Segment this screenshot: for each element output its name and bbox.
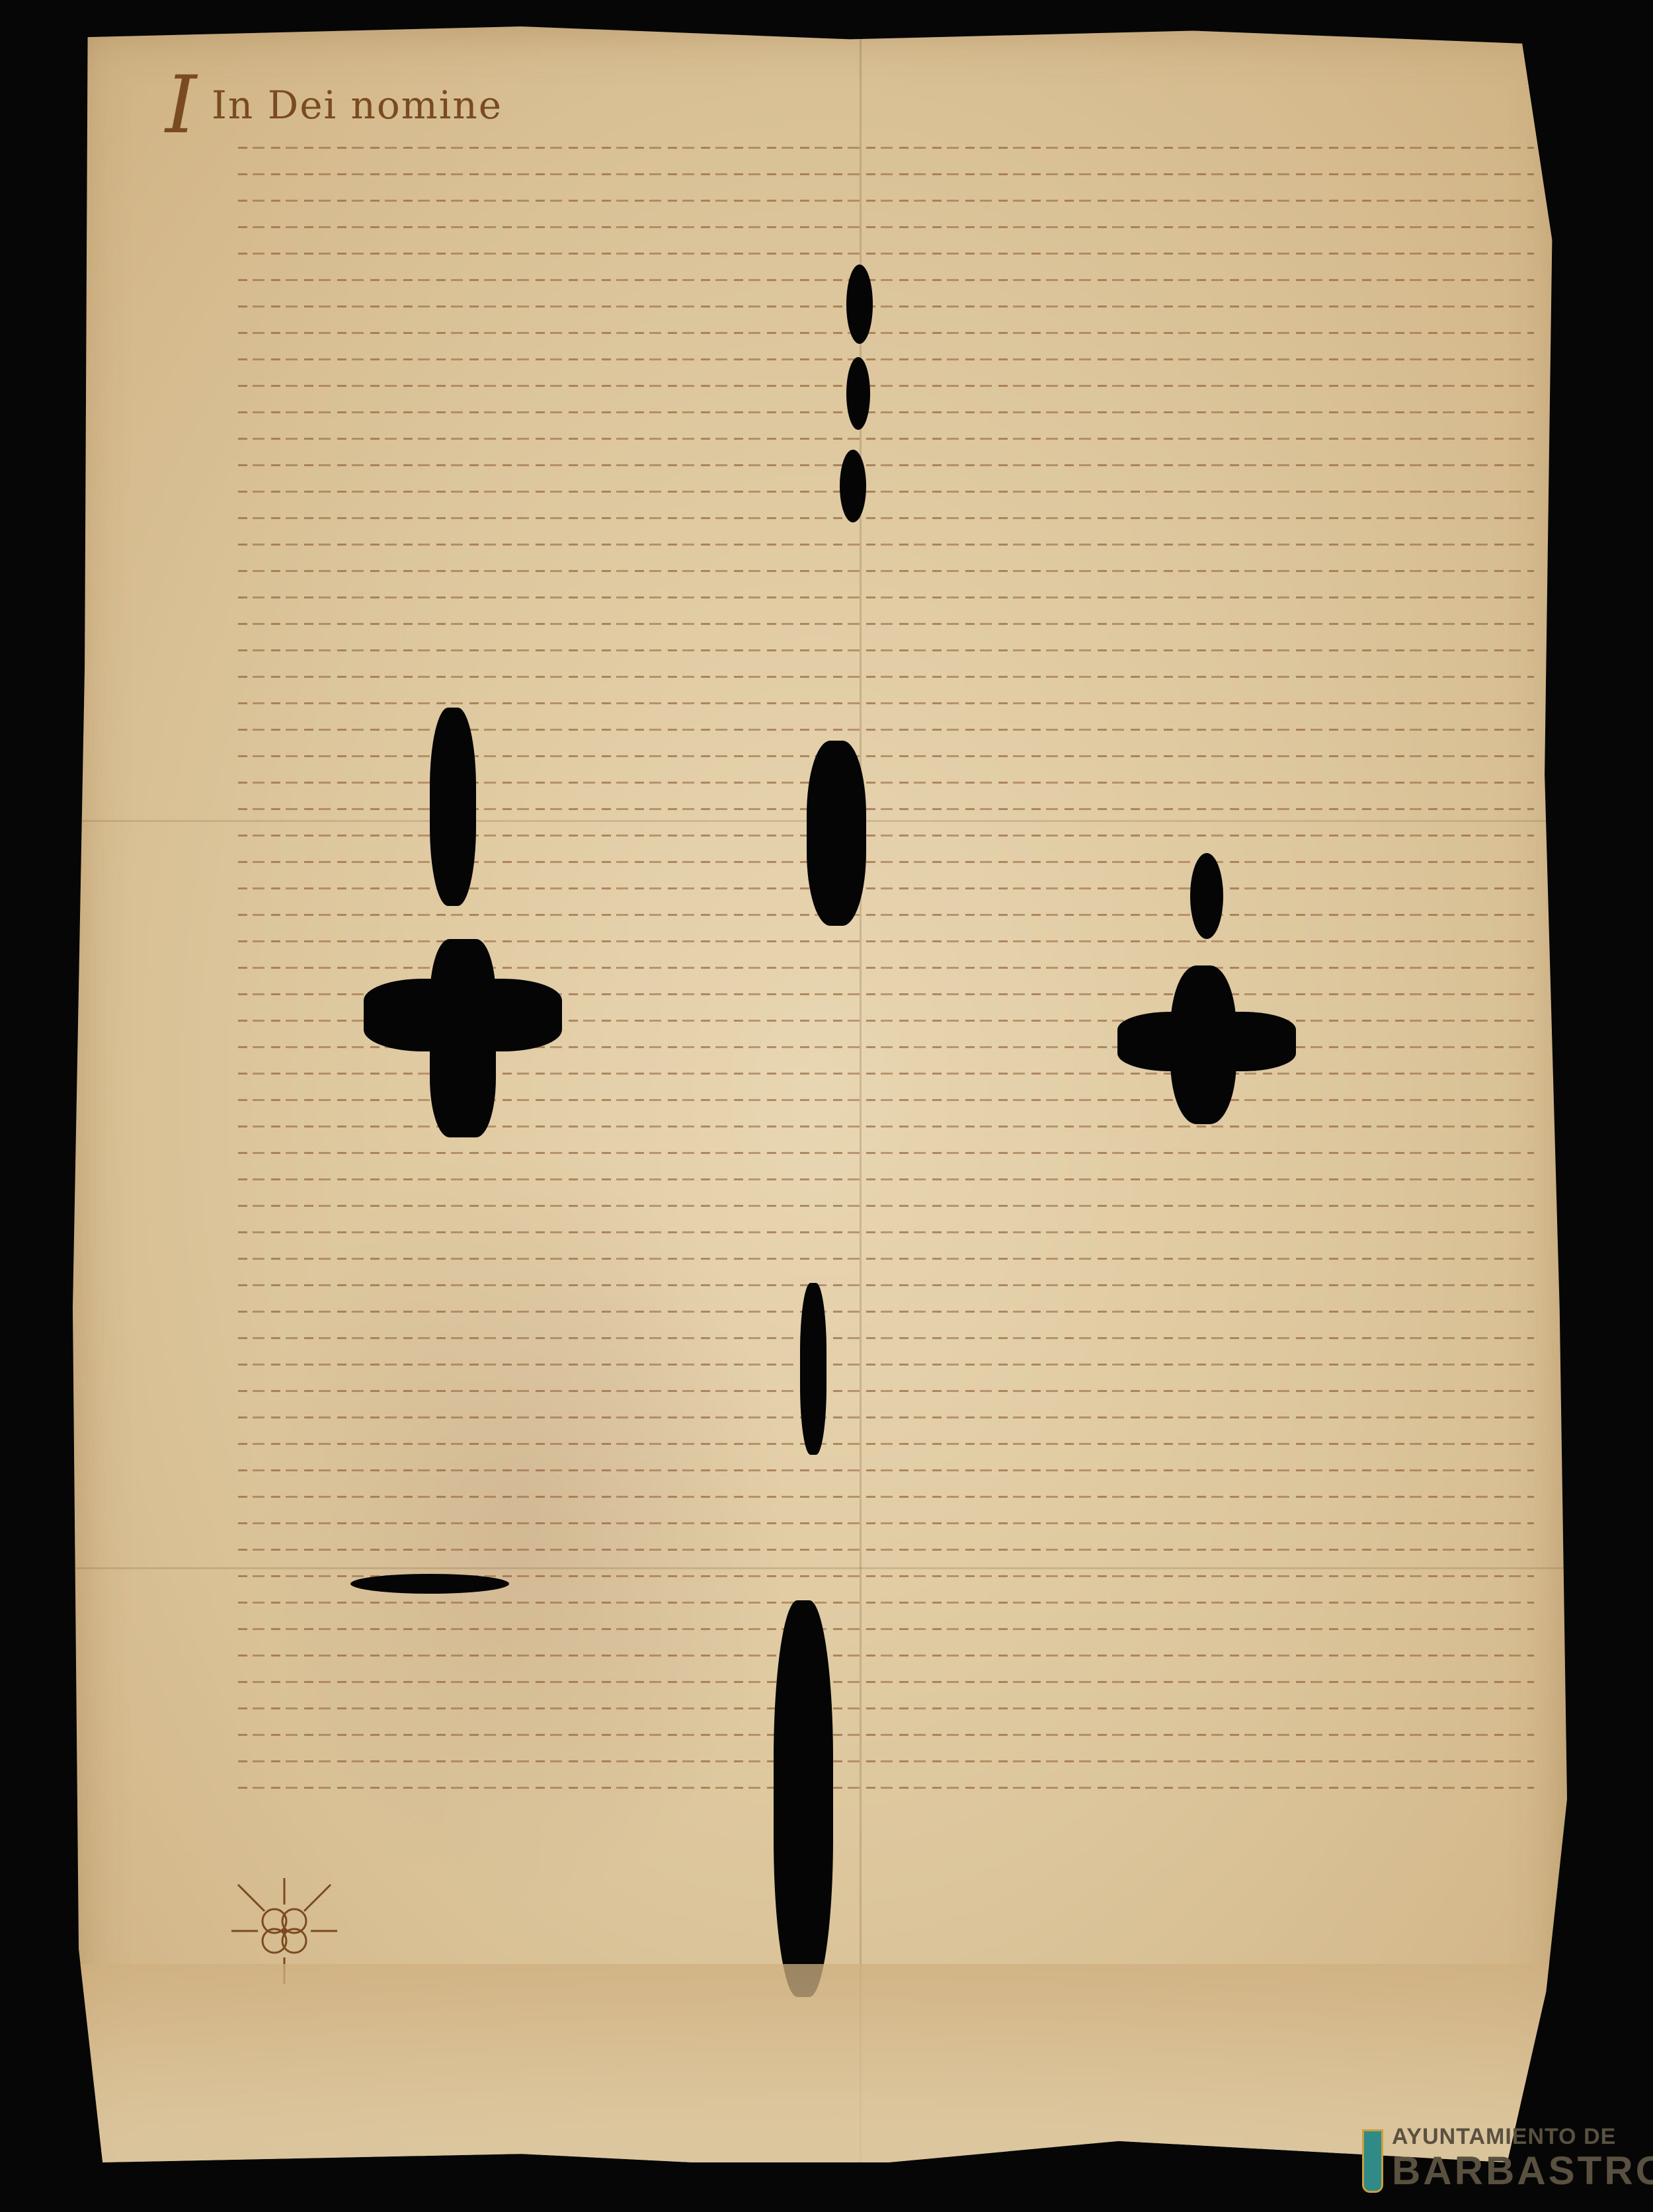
damage-hole	[846, 357, 870, 430]
scan-background: I In Dei nomine	[0, 0, 1653, 2212]
damage-hole	[1190, 853, 1223, 939]
damage-hole	[846, 265, 873, 344]
damage-hole	[430, 708, 476, 906]
damage-hole	[430, 939, 496, 1137]
watermark-line2: BARBASTRO	[1392, 2148, 1653, 2193]
folded-bottom-strip	[73, 1964, 1567, 2162]
damage-hole	[774, 1600, 833, 1997]
damage-hole	[1170, 965, 1236, 1124]
watermark-line1: AYUNTAMIENTO DE	[1392, 2124, 1616, 2150]
opening-invocation: In Dei nomine	[212, 83, 503, 128]
damage-hole	[807, 741, 866, 926]
illuminated-initial: I	[165, 66, 196, 145]
damage-hole	[800, 1283, 826, 1455]
coat-of-arms-icon	[1362, 2129, 1383, 2193]
parchment-sheet: I In Dei nomine	[73, 26, 1567, 2162]
damage-hole	[840, 450, 866, 522]
damage-hole	[350, 1574, 509, 1594]
